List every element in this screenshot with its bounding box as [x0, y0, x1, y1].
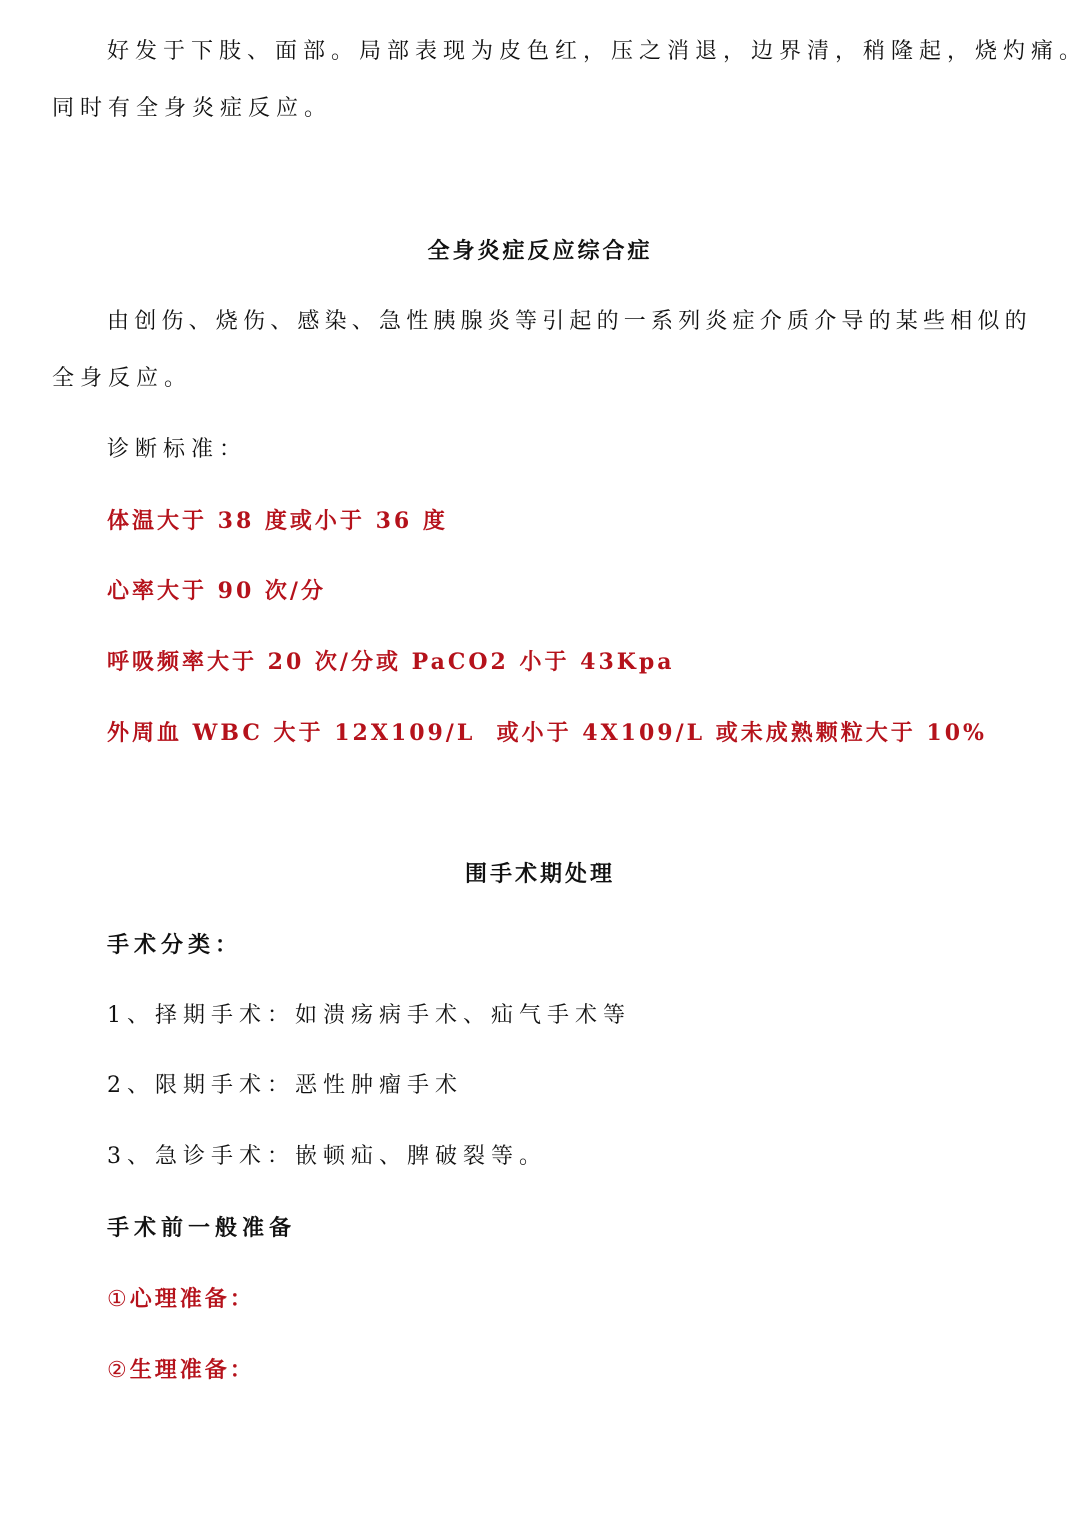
- classification-limited: 2、限期手术：恶性肿瘤手术: [0, 1071, 1080, 1101]
- prep-label: 手术前一般准备: [0, 1213, 1080, 1243]
- classification-elective: 1、择期手术：如溃疡病手术、疝气手术等: [0, 1001, 1080, 1031]
- intro-line-2: 同时有全身炎症反应。: [0, 94, 1080, 124]
- classification-emergency: 3、急诊手术：嵌顿疝、脾破裂等。: [0, 1142, 1080, 1172]
- criteria-label: 诊断标准：: [0, 435, 1080, 465]
- section-title-sirs: 全身炎症反应综合症: [0, 236, 1080, 266]
- criterion-temperature: 体温大于 38 度或小于 36 度: [0, 506, 1080, 536]
- sirs-definition-line-1: 由创伤、烧伤、感染、急性胰腺炎等引起的一系列炎症介质介导的某些相似的: [0, 307, 1080, 337]
- criterion-wbc: 外周血 WBC 大于 12X109/L 或小于 4X109/L 或未成熟颗粒大于…: [0, 718, 1080, 748]
- prep-item-text: 生理准备：: [130, 1357, 255, 1383]
- prep-item-psychological: ①心理准备：: [0, 1284, 1080, 1315]
- section-title-perioperative: 围手术期处理: [0, 859, 1080, 889]
- sirs-definition-line-2: 全身反应。: [0, 364, 1080, 394]
- criterion-respiration: 呼吸频率大于 20 次/分或 PaCO2 小于 43Kpa: [0, 647, 1080, 677]
- circled-number-2-icon: ②: [107, 1358, 130, 1383]
- criterion-heart-rate: 心率大于 90 次/分: [0, 576, 1080, 606]
- prep-item-text: 心理准备：: [130, 1286, 255, 1312]
- prep-item-physiological: ②生理准备：: [0, 1355, 1080, 1386]
- intro-line-1: 好发于下肢、面部。局部表现为皮色红，压之消退，边界清，稍隆起，烧灼痛。: [0, 37, 1080, 67]
- circled-number-1-icon: ①: [107, 1287, 130, 1312]
- classification-label: 手术分类：: [0, 930, 1080, 960]
